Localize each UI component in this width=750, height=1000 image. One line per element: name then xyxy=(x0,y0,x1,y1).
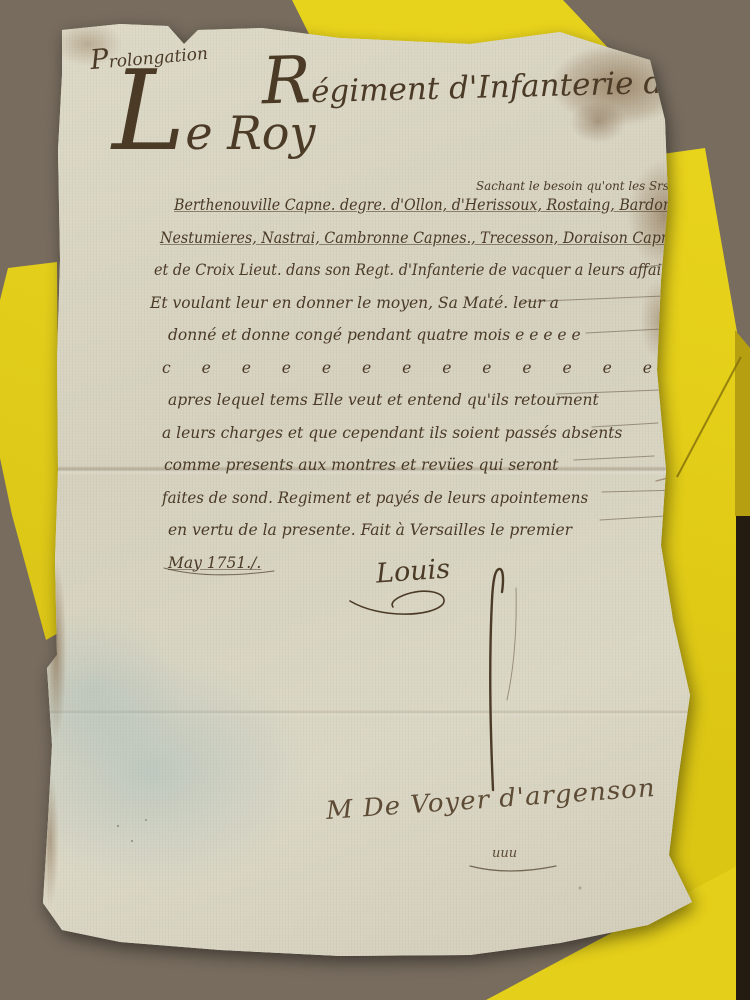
page-number: 6 xyxy=(610,33,622,51)
manuscript-line: et de Croix Lieut. dans son Regt. d'Infa… xyxy=(154,261,654,294)
manuscript-line: Et voulant leur en donner le moyen, Sa M… xyxy=(150,294,692,327)
manuscript-body: Berthenouville Capne. degre. d'Ollon, d'… xyxy=(152,196,692,586)
manuscript-line: a leurs charges et que cependant ils soi… xyxy=(162,424,692,457)
document-title: Régiment d'Infanterie du Roy xyxy=(262,66,750,110)
manuscript-line: apres lequel tems Elle veut et entend qu… xyxy=(168,391,692,424)
carpet-background: { "scene": { "description": "aged 1751 F… xyxy=(0,0,750,1000)
manuscript-line-filler: c e e e e e e e e e e e e xyxy=(162,359,692,392)
signature-louis: Louis xyxy=(375,553,451,589)
signature-flourish: uuu xyxy=(492,846,517,861)
manuscript-line: donné et donne congé pendant quatre mois… xyxy=(168,326,692,359)
manuscript-line: Berthenouville Capne. degre. d'Ollon, d'… xyxy=(174,196,651,229)
opening-le-roy: Le Roy xyxy=(112,112,315,154)
manuscript-line: en vertu de la presente. Fait à Versaill… xyxy=(168,521,692,554)
manuscript-shadow: Prolongation 6 Régiment d'Infanterie du … xyxy=(0,0,750,1000)
manuscript-line: comme presents aux montres et revües qui… xyxy=(164,456,692,489)
manuscript-line: Nestumieres, Nastrai, Cambronne Capnes.,… xyxy=(160,229,649,262)
manuscript-paper: Prolongation 6 Régiment d'Infanterie du … xyxy=(0,0,750,1000)
opening-continuation: Sachant le besoin qu'ont les Srs. de xyxy=(476,178,691,193)
signature-argenson: M De Voyer d'argenson xyxy=(325,773,656,825)
manuscript-line: faites de sond. Regiment et payés de leu… xyxy=(162,489,676,522)
